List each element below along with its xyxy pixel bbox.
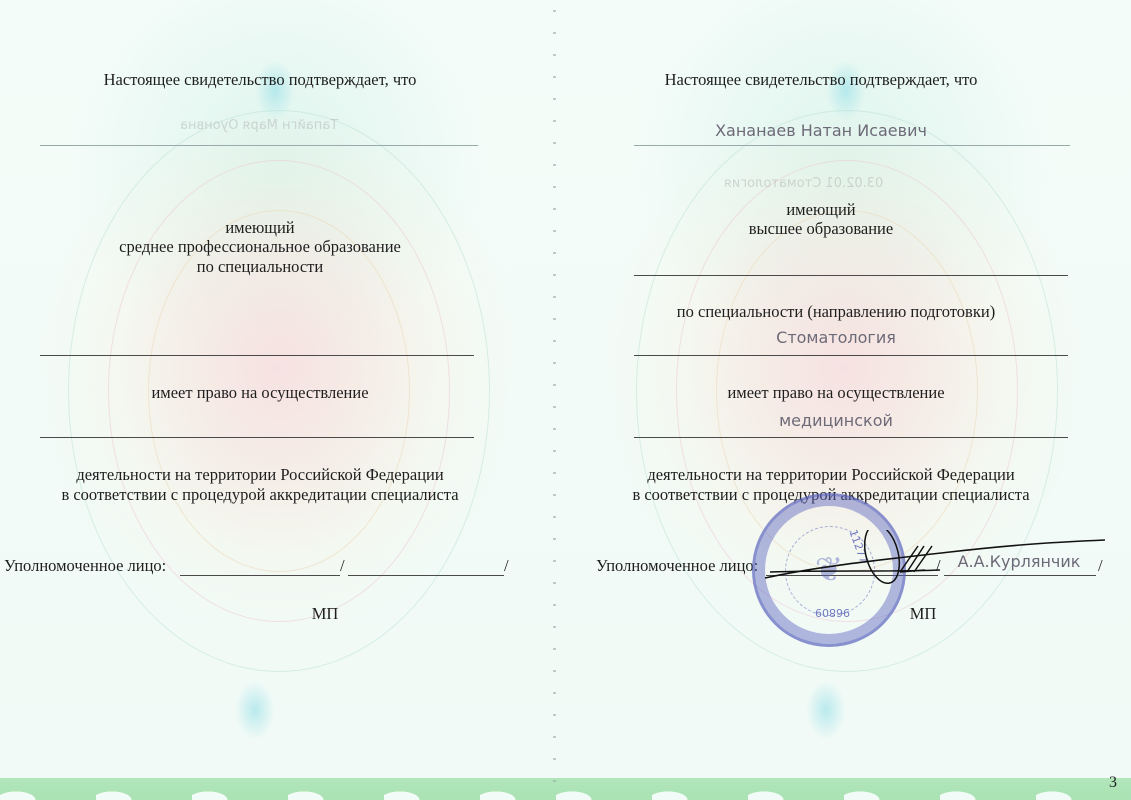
rosette-star-icon xyxy=(255,60,295,120)
seal-label: МП xyxy=(898,604,948,624)
right-label: имеет право на осуществление xyxy=(596,383,1076,403)
activity-line-1: деятельности на территории Российской Фе… xyxy=(20,465,500,485)
activity-field: медицинской xyxy=(596,411,1076,430)
intro-text: Настоящее свидетельство подтверждает, чт… xyxy=(40,70,480,90)
specialty-label: по специальности (направлению подготовки… xyxy=(596,302,1076,322)
activity-underline xyxy=(40,437,474,438)
specialty-label: по специальности xyxy=(40,257,480,277)
certificate-page-right: 03.02.01 Стоматология Настоящее свидетел… xyxy=(556,0,1131,800)
having-text: имеющий xyxy=(596,200,1046,220)
slash: / xyxy=(504,556,509,576)
activity-underline xyxy=(634,437,1068,438)
handwritten-signature xyxy=(760,530,1110,590)
certificate-page-left: Тапайгн Маря Оуонвна Настоящее свидетель… xyxy=(0,0,556,800)
education-text: высшее образование xyxy=(596,219,1046,239)
signatory-line xyxy=(348,575,504,576)
seal-number-bottom: 96809 xyxy=(815,606,850,619)
holder-name-field: Хананаев Натан Исаевич xyxy=(596,121,1046,140)
slash: / xyxy=(340,556,345,576)
having-text: имеющий xyxy=(40,218,480,238)
seal-label: МП xyxy=(300,604,350,624)
specialty-underline xyxy=(40,355,474,356)
name-underline xyxy=(40,145,478,146)
rosette-star-icon xyxy=(235,680,275,740)
decorative-border xyxy=(0,770,556,800)
rosette-star-icon xyxy=(806,680,846,740)
rosette-star-icon xyxy=(826,60,866,120)
show-through-text: Тапайгн Маря Оуонвна xyxy=(180,118,338,133)
name-underline xyxy=(634,145,1070,146)
right-label: имеет право на осуществление xyxy=(40,383,480,403)
signature-line xyxy=(180,575,340,576)
authorized-label: Уполномоченное лицо: xyxy=(4,556,166,576)
specialty-underline xyxy=(634,355,1068,356)
activity-line-2: в соответствии с процедурой аккредитации… xyxy=(20,485,500,505)
decorative-border xyxy=(556,770,1131,800)
education-text: среднее профессиональное образование xyxy=(40,237,480,257)
show-through-text: 03.02.01 Стоматология xyxy=(724,176,883,191)
activity-line-1: деятельности на территории Российской Фе… xyxy=(586,465,1076,485)
intro-text: Настоящее свидетельство подтверждает, чт… xyxy=(596,70,1046,90)
authorized-label: Уполномоченное лицо: xyxy=(596,556,758,576)
education-underline xyxy=(634,275,1068,276)
page-number: 3 xyxy=(1109,774,1117,792)
specialty-field: Стоматология xyxy=(596,328,1076,347)
